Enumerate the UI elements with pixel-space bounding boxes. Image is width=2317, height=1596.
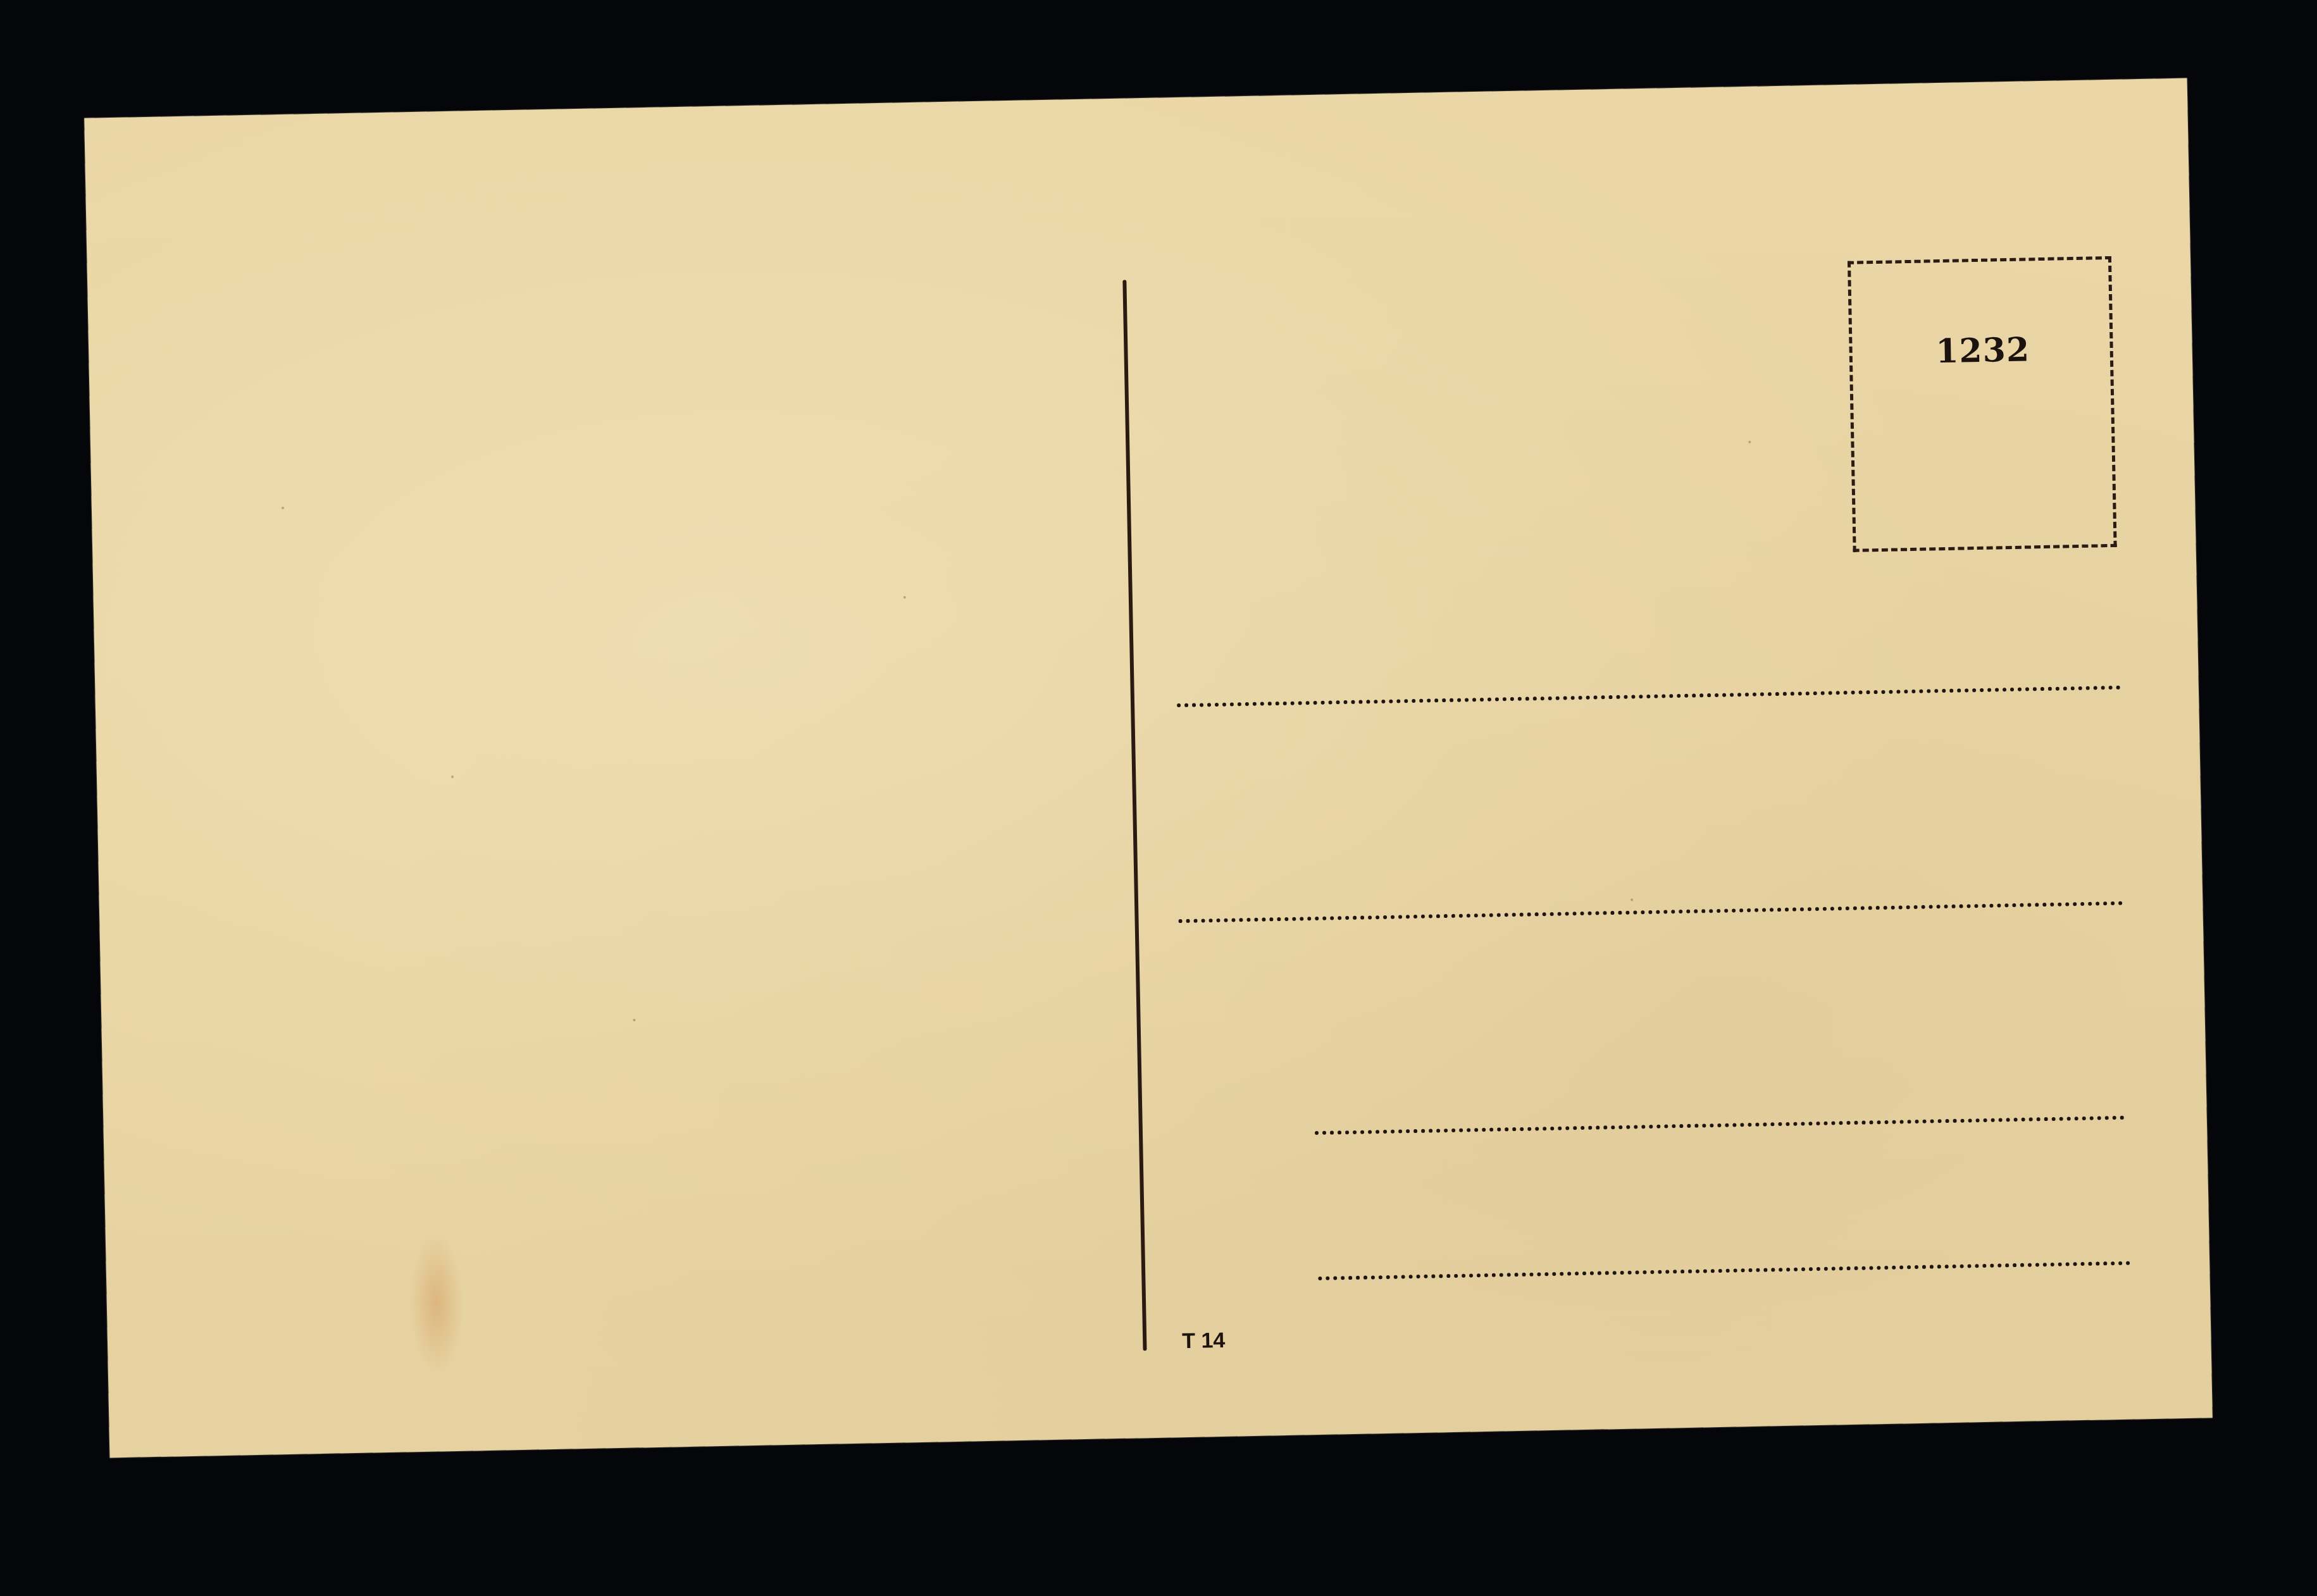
address-line-4	[1318, 1261, 2130, 1280]
stamp-box-number: 1232	[1919, 325, 2046, 378]
postcard-back: 1232 T 14	[84, 78, 2213, 1458]
paper-speck	[451, 776, 454, 778]
paper-speck	[1631, 898, 1633, 901]
paper-speck	[282, 507, 284, 509]
address-line-3	[1315, 1116, 2125, 1135]
paper-speck	[904, 596, 906, 598]
print-code-label: T 14	[1182, 1328, 1226, 1354]
address-line-2	[1179, 901, 2123, 923]
paper-speck	[633, 1018, 635, 1021]
paper-speck	[1748, 441, 1751, 443]
address-line-1	[1177, 686, 2121, 707]
message-address-divider	[1122, 280, 1146, 1351]
stamp-placeholder-box	[1848, 256, 2117, 552]
